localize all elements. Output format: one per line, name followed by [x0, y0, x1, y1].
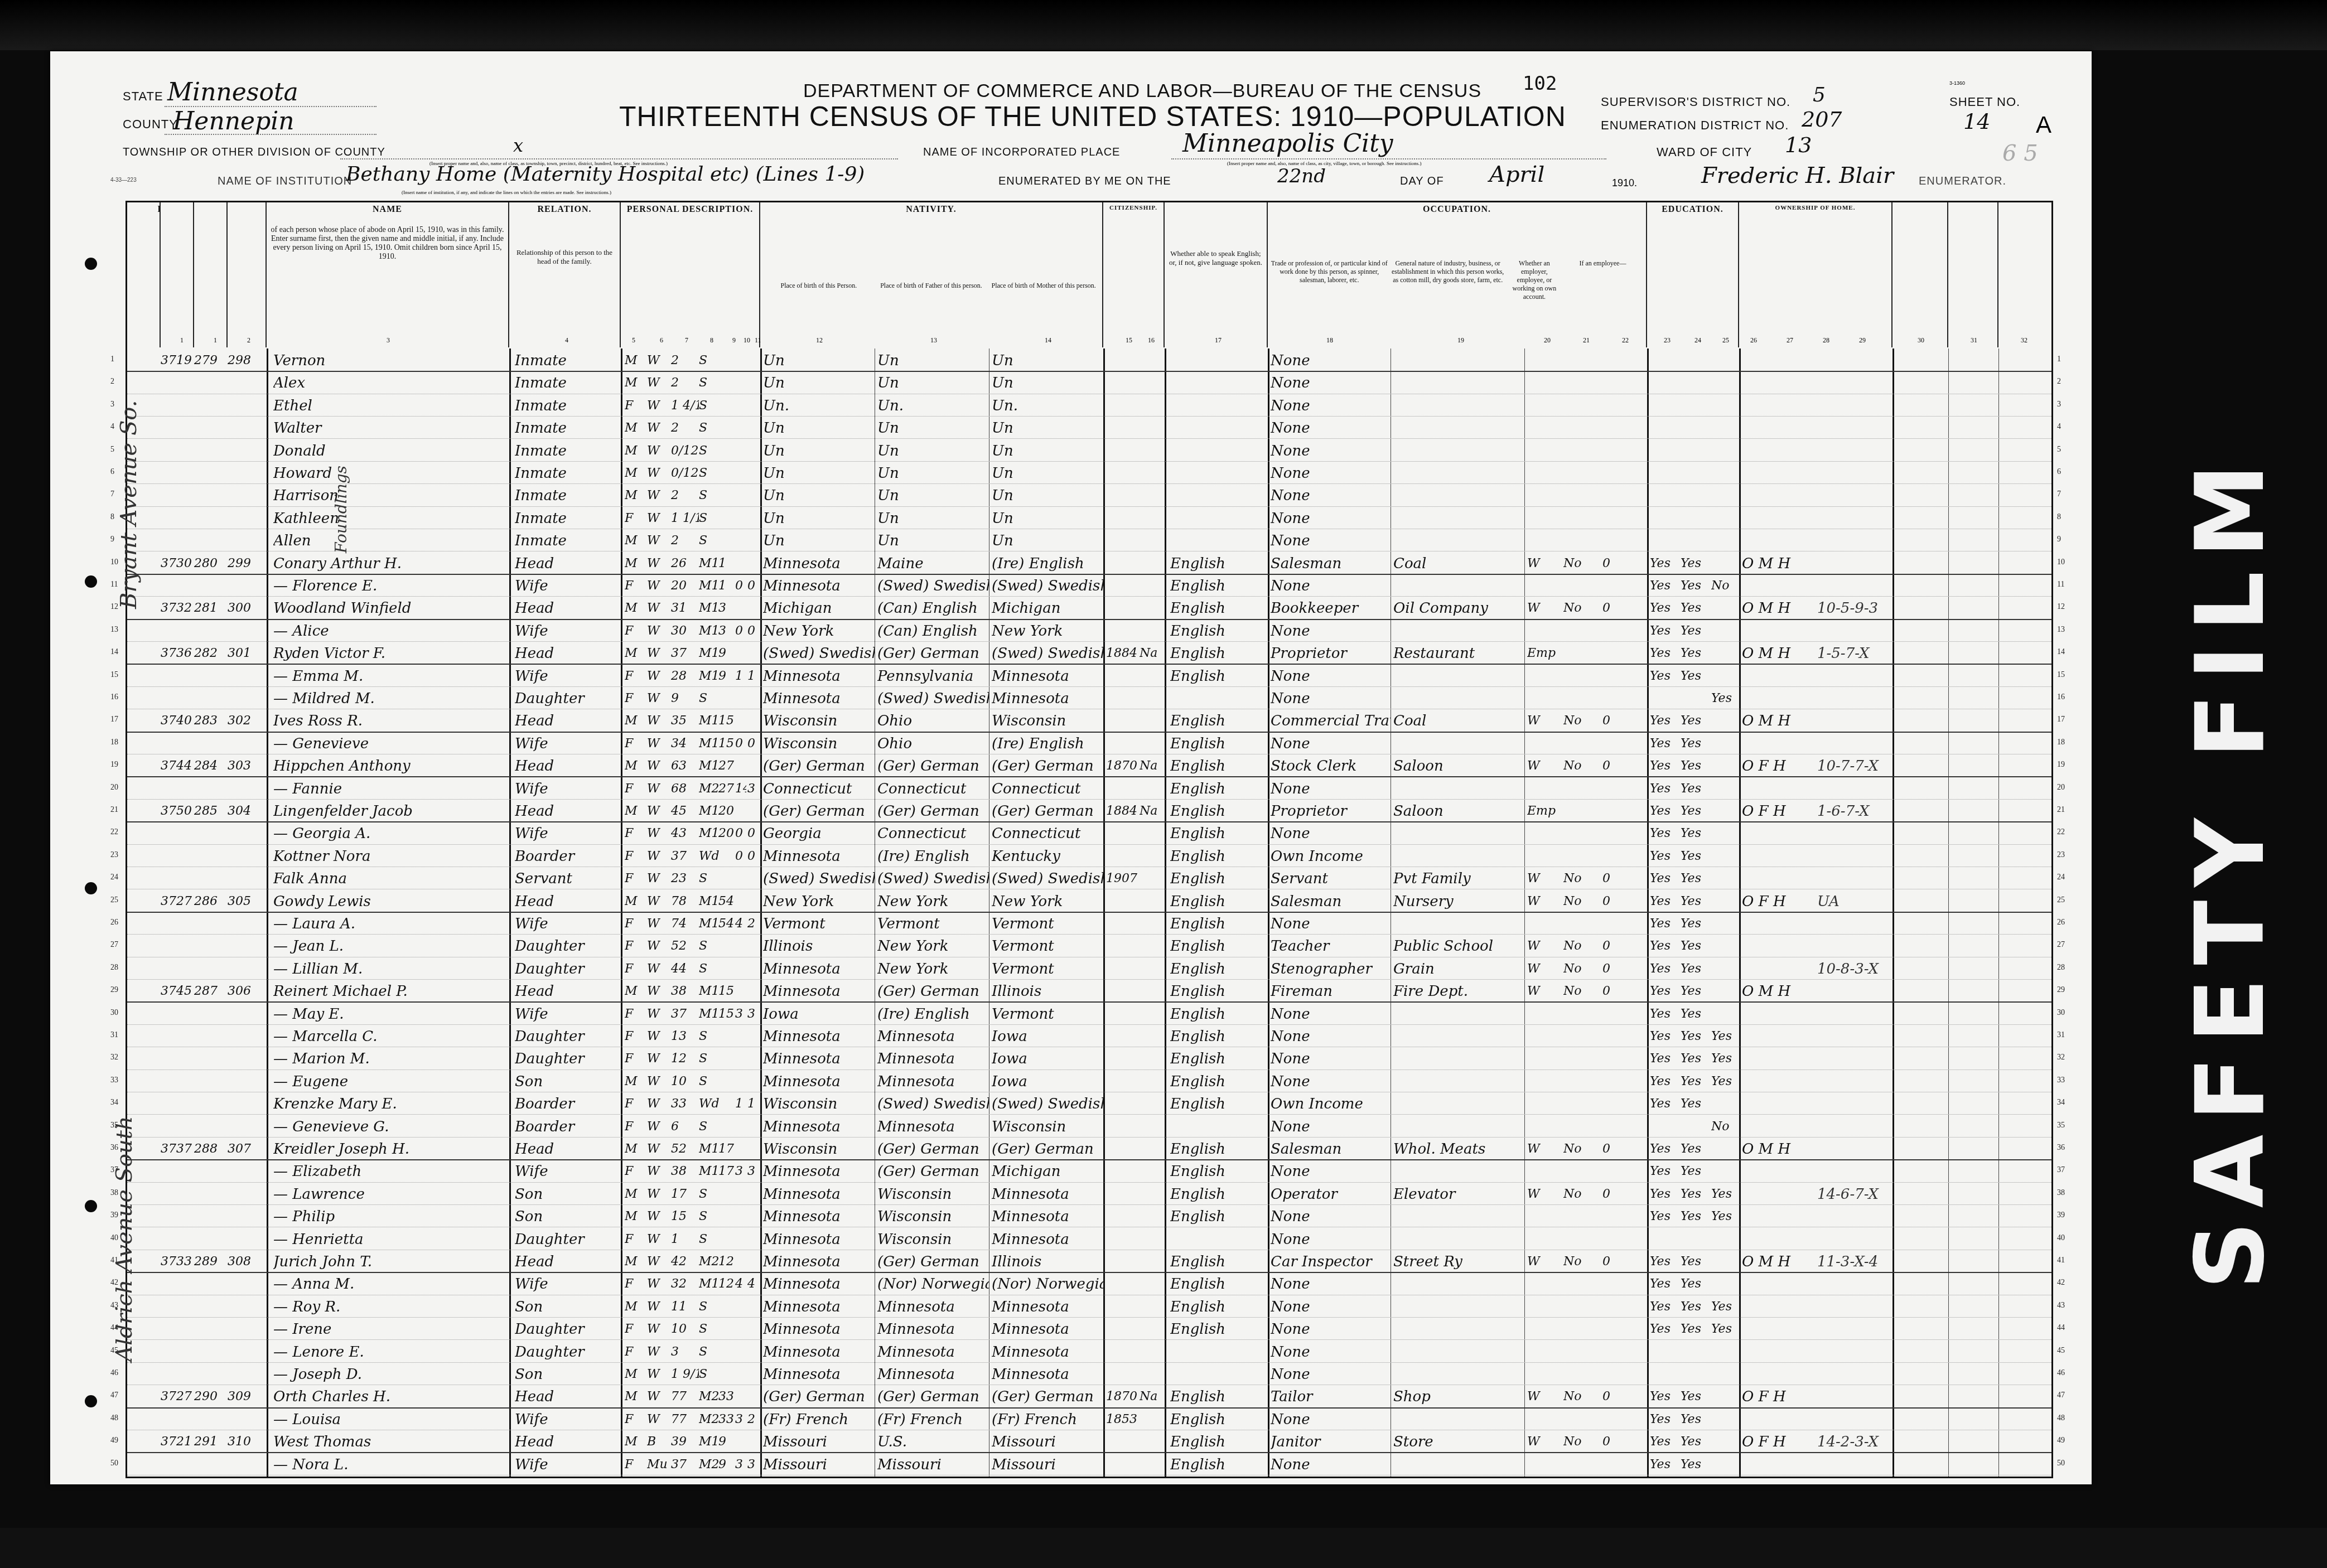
cell-relation: Boarder — [515, 1092, 621, 1114]
cell-relation: Wife — [515, 912, 621, 934]
cell-emp — [1527, 777, 1563, 799]
cell-marital: M1 — [699, 664, 720, 686]
cell-immig — [1106, 439, 1140, 461]
cell-ind: Restaurant — [1393, 641, 1524, 664]
cell-ind — [1393, 1227, 1524, 1250]
cell-age: 31 — [671, 596, 699, 618]
cell-occ: Car Inspector — [1271, 1250, 1391, 1272]
cell-mpob: Minnesota — [992, 1182, 1103, 1204]
cell-family — [228, 483, 267, 506]
cell-ind — [1393, 1047, 1524, 1069]
cell-immig — [1106, 1250, 1140, 1272]
cell-read: Yes — [1650, 934, 1681, 956]
cell-fpob: Un — [877, 461, 989, 483]
cell-emp: W — [1527, 754, 1563, 776]
cell-occ: None — [1271, 1159, 1391, 1182]
cell-ind: Nursery — [1393, 889, 1524, 912]
cell-wks — [1602, 461, 1642, 483]
cell-nat — [1140, 1250, 1165, 1272]
cell-emp — [1527, 1453, 1563, 1475]
cell-emp — [1527, 371, 1563, 393]
cell-read: Yes — [1650, 1092, 1681, 1114]
cell-nat — [1140, 371, 1165, 393]
cell-name: — Laura A. — [273, 912, 508, 934]
cell-ind — [1393, 686, 1524, 709]
column-number: 29 — [1859, 336, 1866, 347]
cell-school — [1711, 1137, 1739, 1159]
cell-house — [161, 957, 194, 979]
cell-own — [1742, 439, 1814, 461]
column-number: 11 — [755, 336, 761, 347]
cell-fpob: Minnesota — [877, 1340, 989, 1362]
cell-yrs — [718, 1227, 735, 1250]
cell-wks: 0 — [1602, 754, 1642, 776]
cell-marital: S — [699, 934, 720, 956]
cell-sex: F — [625, 664, 647, 686]
cell-write — [1681, 1115, 1711, 1137]
cell-living: 3 — [747, 1159, 760, 1182]
cell-marital: S — [699, 371, 720, 393]
cell-nat — [1140, 1317, 1165, 1339]
cell-school — [1711, 957, 1739, 979]
cell-relation: Son — [515, 1182, 621, 1204]
cell-school — [1711, 1092, 1739, 1114]
cell-age: 10 — [671, 1069, 699, 1092]
cell-age: 37 — [671, 844, 699, 867]
cell-codes: 14-2-3-X — [1817, 1430, 2001, 1452]
cell-wks — [1602, 1092, 1642, 1114]
cell-relation: Wife — [515, 664, 621, 686]
table-row: AllenInmateMW2SUnUnUnNone99 — [127, 529, 2051, 551]
cell-relation: Head — [515, 709, 621, 731]
cell-write: Yes — [1681, 1069, 1711, 1092]
cell-house — [161, 1092, 194, 1114]
cell-sex: M — [625, 1362, 647, 1385]
cell-codes: 1-5-7-X — [1817, 641, 2001, 664]
street-note-aldrich: Aldrich Avenue South — [112, 1116, 137, 1362]
line-number: 14 — [2057, 648, 2065, 657]
cell-pob: Minnesota — [763, 1227, 875, 1250]
cell-read: Yes — [1650, 844, 1681, 867]
cell-house — [161, 1024, 194, 1047]
cell-school — [1711, 754, 1739, 776]
line-number-left: 16 — [110, 693, 118, 702]
cell-lang — [1170, 416, 1268, 438]
cell-read: Yes — [1650, 641, 1681, 664]
cell-name: — Lenore E. — [273, 1340, 508, 1362]
cell-born — [735, 957, 746, 979]
cell-read — [1650, 416, 1681, 438]
cell-fpob: (Ger) German — [877, 1159, 989, 1182]
cell-lang: English — [1170, 934, 1268, 956]
cell-born — [735, 551, 746, 574]
cell-immig — [1106, 1159, 1140, 1182]
cell-immig — [1106, 1430, 1140, 1452]
cell-nat — [1140, 439, 1165, 461]
cell-immig — [1106, 1137, 1140, 1159]
cell-wks — [1602, 349, 1642, 371]
cell-ind — [1393, 912, 1524, 934]
cell-immig — [1106, 1069, 1140, 1092]
census-sheet: STATE Minnesota COUNTY Hennepin TOWNSHIP… — [50, 51, 2092, 1484]
cell-living — [747, 641, 760, 664]
column-number: 28 — [1823, 336, 1829, 347]
sheet-side: A — [2036, 112, 2051, 138]
cell-school: No — [1711, 1115, 1739, 1137]
cell-own — [1742, 1047, 1814, 1069]
cell-pob: (Ger) German — [763, 1385, 875, 1407]
table-row: — Laura A.WifeFW74M15442VermontVermontVe… — [127, 912, 2051, 935]
cell-nat — [1140, 1115, 1165, 1137]
cell-family — [228, 1317, 267, 1339]
cell-occ: None — [1271, 664, 1391, 686]
cell-emp: W — [1527, 1385, 1563, 1407]
cell-school — [1711, 732, 1739, 754]
cell-relation: Daughter — [515, 1227, 621, 1250]
cell-age: 0/12 — [671, 461, 699, 483]
cell-lang: English — [1170, 641, 1268, 664]
cell-house: 3744 — [161, 754, 194, 776]
cell-nat — [1140, 1069, 1165, 1092]
cell-family: 306 — [228, 979, 267, 1001]
cell-nat — [1140, 1204, 1165, 1227]
line-number-left: 4 — [110, 423, 114, 432]
cell-lang: English — [1170, 912, 1268, 934]
cell-codes — [1817, 1159, 2001, 1182]
cell-nat — [1140, 1159, 1165, 1182]
cell-born: 3 — [735, 1453, 746, 1475]
cell-living — [747, 1317, 760, 1339]
line-number-left: 23 — [110, 851, 118, 860]
cell-pob: Minnesota — [763, 957, 875, 979]
cell-fpob: (Can) English — [877, 619, 989, 641]
table-row: KathleenInmateFW1 1/12SUnUnUnNone88 — [127, 506, 2051, 529]
cell-mpob: Michigan — [992, 596, 1103, 618]
cell-codes: 10-7-7-X — [1817, 754, 2001, 776]
cell-mpob: Un — [992, 416, 1103, 438]
cell-pob: Minnesota — [763, 1362, 875, 1385]
cell-read: Yes — [1650, 821, 1681, 844]
cell-immig: 1884 — [1106, 641, 1140, 664]
line-number-left: 9 — [110, 535, 114, 544]
cell-wks: 0 — [1602, 1137, 1642, 1159]
cell-pob: Un — [763, 529, 875, 551]
cell-wks — [1602, 1047, 1642, 1069]
cell-yrs: 15 — [718, 979, 735, 1001]
cell-immig — [1106, 732, 1140, 754]
cell-oow — [1563, 686, 1602, 709]
cell-age: 23 — [671, 867, 699, 889]
cell-born — [735, 439, 746, 461]
cell-emp — [1527, 483, 1563, 506]
cell-marital: S — [699, 957, 720, 979]
column-number: 22 — [1622, 336, 1629, 347]
enumerator-signature: Frederic H. Blair — [1701, 163, 1894, 188]
table-row: 3737288307Kreidler Joseph H.HeadMW52M117… — [127, 1137, 2051, 1160]
cell-age: 42 — [671, 1250, 699, 1272]
col-name: NAMEof each person whose place of abode … — [267, 202, 509, 347]
cell-yrs — [718, 394, 735, 416]
cell-nat — [1140, 619, 1165, 641]
table-row: — Marion M.DaughterFW12SMinnesotaMinneso… — [127, 1047, 2051, 1069]
cell-mpob: (Ger) German — [992, 1385, 1103, 1407]
table-row: Kottner NoraBoarderFW37Wd00Minnesota(Ire… — [127, 844, 2051, 867]
cell-write: Yes — [1681, 934, 1711, 956]
cell-emp: W — [1527, 596, 1563, 618]
cell-mpob: Un — [992, 529, 1103, 551]
cell-yrs — [718, 844, 735, 867]
line-number: 47 — [2057, 1391, 2065, 1400]
cell-own — [1742, 844, 1814, 867]
cell-mpob: (Fr) French — [992, 1407, 1103, 1430]
line-number: 45 — [2057, 1347, 2065, 1356]
cell-read: Yes — [1650, 979, 1681, 1001]
cell-immig: 1853 — [1106, 1407, 1140, 1430]
cell-wks — [1602, 912, 1642, 934]
cell-ind: Shop — [1393, 1385, 1524, 1407]
cell-house — [161, 1362, 194, 1385]
cell-emp — [1527, 529, 1563, 551]
cell-pob: Minnesota — [763, 1250, 875, 1272]
cell-family: 305 — [228, 889, 267, 912]
cell-yrs: 9 — [718, 641, 735, 664]
cell-dwelling — [194, 732, 228, 754]
cell-name: — Louisa — [273, 1407, 508, 1430]
cell-fpob: Ohio — [877, 709, 989, 731]
column-number: 23 — [1664, 336, 1671, 347]
line-number: 39 — [2057, 1211, 2065, 1220]
cell-immig — [1106, 957, 1140, 979]
cell-lang: English — [1170, 1295, 1268, 1317]
line-number: 16 — [2057, 693, 2065, 702]
cell-write: Yes — [1681, 1092, 1711, 1114]
cell-nat — [1140, 979, 1165, 1001]
cell-relation: Servant — [515, 867, 621, 889]
cell-own: O F H — [1742, 1430, 1814, 1452]
cell-immig — [1106, 619, 1140, 641]
cell-name: Walter — [273, 416, 508, 438]
cell-codes — [1817, 1204, 2001, 1227]
line-number-left: 17 — [110, 715, 118, 724]
cell-codes — [1817, 1295, 2001, 1317]
cell-read — [1650, 686, 1681, 709]
cell-sex: M — [625, 889, 647, 912]
line-number: 30 — [2057, 1009, 2065, 1018]
cell-own — [1742, 574, 1814, 596]
cell-oow — [1563, 1092, 1602, 1114]
cell-name: Allen — [273, 529, 508, 551]
cell-family — [228, 1047, 267, 1069]
cell-house: 3737 — [161, 1137, 194, 1159]
cell-nat — [1140, 686, 1165, 709]
cell-nat — [1140, 844, 1165, 867]
cell-write: Yes — [1681, 957, 1711, 979]
cell-own — [1742, 1227, 1814, 1250]
cell-marital: S — [699, 1024, 720, 1047]
cell-oow — [1563, 574, 1602, 596]
cell-relation: Head — [515, 1430, 621, 1452]
cell-dwelling: 285 — [194, 799, 228, 821]
cell-lang: English — [1170, 1453, 1268, 1475]
cell-dwelling — [194, 1362, 228, 1385]
cell-read — [1650, 1115, 1681, 1137]
cell-immig — [1106, 371, 1140, 393]
cell-oow — [1563, 821, 1602, 844]
cell-mpob: New York — [992, 889, 1103, 912]
cell-sex: M — [625, 1204, 647, 1227]
cell-relation: Head — [515, 596, 621, 618]
cell-house: 3745 — [161, 979, 194, 1001]
cell-living — [747, 979, 760, 1001]
cell-yrs — [718, 1340, 735, 1362]
cell-sex: F — [625, 1227, 647, 1250]
cell-oow — [1563, 1069, 1602, 1092]
cell-living — [747, 867, 760, 889]
cell-immig: 1870 — [1106, 754, 1140, 776]
cell-born — [735, 529, 746, 551]
column-number: 24 — [1694, 336, 1701, 347]
cell-lang — [1170, 1227, 1268, 1250]
cell-oow — [1563, 416, 1602, 438]
cell-oow — [1563, 394, 1602, 416]
cell-occ: Stenographer — [1271, 957, 1391, 979]
cell-mpob: Un — [992, 506, 1103, 529]
cell-name: — Henrietta — [273, 1227, 508, 1250]
cell-yrs: 27 — [718, 754, 735, 776]
line-number-left: 2 — [110, 378, 114, 386]
cell-house: 3733 — [161, 1250, 194, 1272]
cell-wks — [1602, 1069, 1642, 1092]
cell-born — [735, 1250, 746, 1272]
cell-school — [1711, 506, 1739, 529]
cell-name: Kathleen — [273, 506, 508, 529]
cell-school — [1711, 799, 1739, 821]
cell-oow — [1563, 1159, 1602, 1182]
cell-own — [1742, 1002, 1814, 1024]
cell-oow — [1563, 529, 1602, 551]
cell-sex: F — [625, 1024, 647, 1047]
cell-sex: F — [625, 777, 647, 799]
cell-own: O M H — [1742, 1250, 1814, 1272]
cell-sex: F — [625, 821, 647, 844]
cell-read — [1650, 461, 1681, 483]
cell-family — [228, 1092, 267, 1114]
cell-age: 1 1/12 — [671, 506, 699, 529]
cell-school — [1711, 461, 1739, 483]
cell-read: Yes — [1650, 1295, 1681, 1317]
cell-yrs — [718, 1069, 735, 1092]
cell-marital: M1 — [699, 979, 720, 1001]
cell-occ: Salesman — [1271, 889, 1391, 912]
cell-dwelling — [194, 394, 228, 416]
cell-marital: S — [699, 416, 720, 438]
cell-age: 1 4/12 — [671, 394, 699, 416]
cell-fpob: Minnesota — [877, 1115, 989, 1137]
cell-age: 3 — [671, 1340, 699, 1362]
column-number: 10 — [744, 336, 750, 347]
cell-codes — [1817, 483, 2001, 506]
cell-own — [1742, 483, 1814, 506]
ward-label: WARD OF CITY — [1657, 145, 1752, 159]
cell-occ: Salesman — [1271, 551, 1391, 574]
cell-house: 3740 — [161, 709, 194, 731]
cell-living — [747, 934, 760, 956]
table-row: — EugeneSonMW10SMinnesotaMinnesotaIowaEn… — [127, 1069, 2051, 1092]
cell-house — [161, 394, 194, 416]
table-row: 3730280299Conary Arthur H.HeadMW26M11Min… — [127, 551, 2051, 575]
cell-marital: S — [699, 686, 720, 709]
cell-name: Hippchen Anthony — [273, 754, 508, 776]
cell-pob: Missouri — [763, 1453, 875, 1475]
cell-oow: No — [1563, 979, 1602, 1001]
col-personal-description: PERSONAL DESCRIPTION. — [621, 202, 760, 347]
line-number: 8 — [2057, 513, 2061, 522]
cell-occ: None — [1271, 1453, 1391, 1475]
cell-immig — [1106, 912, 1140, 934]
cell-school — [1711, 416, 1739, 438]
cell-emp — [1527, 1272, 1563, 1294]
cell-oow — [1563, 1115, 1602, 1137]
cell-yrs: 54 — [718, 912, 735, 934]
cell-family — [228, 1069, 267, 1092]
cell-write: Yes — [1681, 732, 1711, 754]
cell-born: 3 — [735, 1002, 746, 1024]
cell-family: 303 — [228, 754, 267, 776]
cell-fpob: Un — [877, 349, 989, 371]
cell-family — [228, 1024, 267, 1047]
cell-occ: None — [1271, 619, 1391, 641]
line-number-left: 28 — [110, 964, 118, 972]
cell-school: Yes — [1711, 1047, 1739, 1069]
cell-mpob: Iowa — [992, 1047, 1103, 1069]
cell-born — [735, 506, 746, 529]
cell-relation: Wife — [515, 1453, 621, 1475]
cell-house — [161, 1069, 194, 1092]
cell-sex: F — [625, 574, 647, 596]
cell-ind — [1393, 1317, 1524, 1339]
cell-read: Yes — [1650, 1250, 1681, 1272]
cell-fpob: Vermont — [877, 912, 989, 934]
line-number: 18 — [2057, 738, 2065, 747]
cell-age: 34 — [671, 732, 699, 754]
cell-name: Krenzke Mary E. — [273, 1092, 508, 1114]
cell-mpob: Illinois — [992, 979, 1103, 1001]
cell-lang: English — [1170, 1002, 1268, 1024]
cell-codes — [1817, 529, 2001, 551]
cell-emp: Emp — [1527, 641, 1563, 664]
cell-mpob: (Swed) Swedish — [992, 1092, 1103, 1114]
cell-marital: M1 — [699, 619, 720, 641]
cell-oow — [1563, 619, 1602, 641]
cell-sex: F — [625, 1159, 647, 1182]
cell-fpob: (Ire) English — [877, 844, 989, 867]
cell-marital: M1 — [699, 1002, 720, 1024]
line-number: 6 — [2057, 468, 2061, 477]
cell-immig — [1106, 709, 1140, 731]
cell-name: — Elizabeth — [273, 1159, 508, 1182]
cell-lang — [1170, 371, 1268, 393]
cell-school: Yes — [1711, 1069, 1739, 1092]
cell-mpob: Iowa — [992, 1069, 1103, 1092]
cell-own — [1742, 1362, 1814, 1385]
cell-fpob: (Ger) German — [877, 1385, 989, 1407]
cell-occ: Proprietor — [1271, 799, 1391, 821]
cell-family — [228, 1204, 267, 1227]
cell-yrs — [718, 529, 735, 551]
cell-pob: Minnesota — [763, 1047, 875, 1069]
cell-pob: Wisconsin — [763, 732, 875, 754]
cell-yrs — [718, 439, 735, 461]
